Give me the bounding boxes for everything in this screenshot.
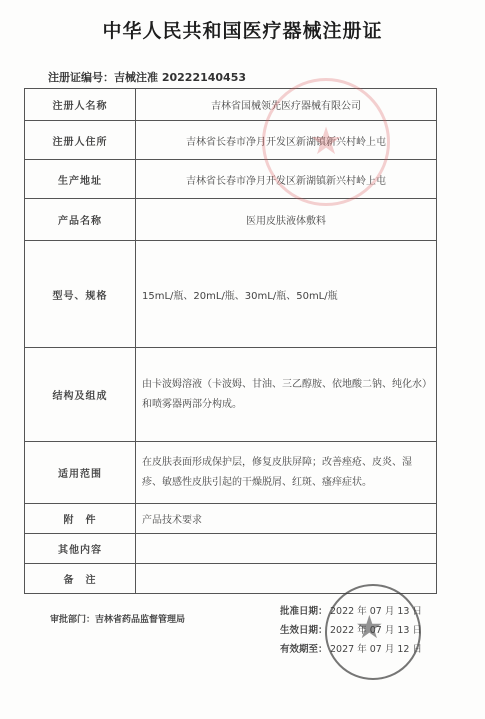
row-label: 其他内容 xyxy=(25,534,136,564)
date-value: 2022 年 07 月 13 日 xyxy=(330,603,422,622)
row-value: 由卡波姆溶液（卡波姆、甘油、三乙醇胺、依地酸二钠、纯化水）和喷雾器两部分构成。 xyxy=(136,348,437,442)
table-row: 型号、规格 15mL/瓶、20mL/瓶、30mL/瓶、50mL/瓶 xyxy=(25,241,437,348)
certificate-table: 注册人名称 吉林省国械领先医疗器械有限公司 注册人住所 吉林省长春市净月开发区新… xyxy=(24,88,437,594)
table-row: 生产地址 吉林省长春市净月开发区新湖镇新兴村岭上屯 xyxy=(25,160,437,199)
table-row: 产品名称 医用皮肤液体敷料 xyxy=(25,199,437,241)
row-label: 注册人住所 xyxy=(25,121,136,160)
row-value: 产品技术要求 xyxy=(136,504,437,534)
registration-value: 吉械注准 20222140453 xyxy=(114,71,246,84)
expiry-date-row: 有效期至： 2027 年 07 月 12 日 xyxy=(280,641,422,660)
table-row: 结构及组成 由卡波姆溶液（卡波姆、甘油、三乙醇胺、依地酸二钠、纯化水）和喷雾器两… xyxy=(25,348,437,442)
row-value: 医用皮肤液体敷料 xyxy=(136,199,437,241)
row-label: 备 注 xyxy=(25,564,136,594)
date-value: 2027 年 07 月 12 日 xyxy=(330,641,422,660)
row-value: 吉林省长春市净月开发区新湖镇新兴村岭上屯 xyxy=(136,160,437,199)
row-label: 结构及组成 xyxy=(25,348,136,442)
table-row: 适用范围 在皮肤表面形成保护层，修复皮肤屏障；改善痤疮、皮炎、湿疹、敏感性皮肤引… xyxy=(25,442,437,504)
date-label: 批准日期： xyxy=(280,603,330,622)
page-title: 中华人民共和国医疗器械注册证 xyxy=(0,16,485,43)
row-value: 15mL/瓶、20mL/瓶、30mL/瓶、50mL/瓶 xyxy=(136,241,437,348)
effective-date-row: 生效日期： 2022 年 07 月 13 日 xyxy=(280,622,422,641)
approval-department: 审批部门：吉林省药品监督管理局 xyxy=(50,612,185,625)
row-label: 型号、规格 xyxy=(25,241,136,348)
row-label: 附 件 xyxy=(25,504,136,534)
date-value: 2022 年 07 月 13 日 xyxy=(330,622,422,641)
table-row: 附 件 产品技术要求 xyxy=(25,504,437,534)
row-label: 适用范围 xyxy=(25,442,136,504)
row-value: 在皮肤表面形成保护层，修复皮肤屏障；改善痤疮、皮炎、湿疹、敏感性皮肤引起的干燥脱… xyxy=(136,442,437,504)
row-value xyxy=(136,534,437,564)
row-value: 吉林省长春市净月开发区新湖镇新兴村岭上屯 xyxy=(136,121,437,160)
table-row: 注册人名称 吉林省国械领先医疗器械有限公司 xyxy=(25,89,437,121)
table-row: 其他内容 xyxy=(25,534,437,564)
table-row: 注册人住所 吉林省长春市净月开发区新湖镇新兴村岭上屯 xyxy=(25,121,437,160)
row-value: 吉林省国械领先医疗器械有限公司 xyxy=(136,89,437,121)
registration-number: 注册证编号：吉械注准 20222140453 xyxy=(48,69,246,85)
row-value xyxy=(136,564,437,594)
registration-label: 注册证编号： xyxy=(48,71,114,84)
row-label: 注册人名称 xyxy=(25,89,136,121)
date-block: 批准日期： 2022 年 07 月 13 日 生效日期： 2022 年 07 月… xyxy=(280,603,422,660)
row-label: 产品名称 xyxy=(25,199,136,241)
date-label: 生效日期： xyxy=(280,622,330,641)
table-row: 备 注 xyxy=(25,564,437,594)
approval-date-row: 批准日期： 2022 年 07 月 13 日 xyxy=(280,603,422,622)
date-label: 有效期至： xyxy=(280,641,330,660)
row-label: 生产地址 xyxy=(25,160,136,199)
